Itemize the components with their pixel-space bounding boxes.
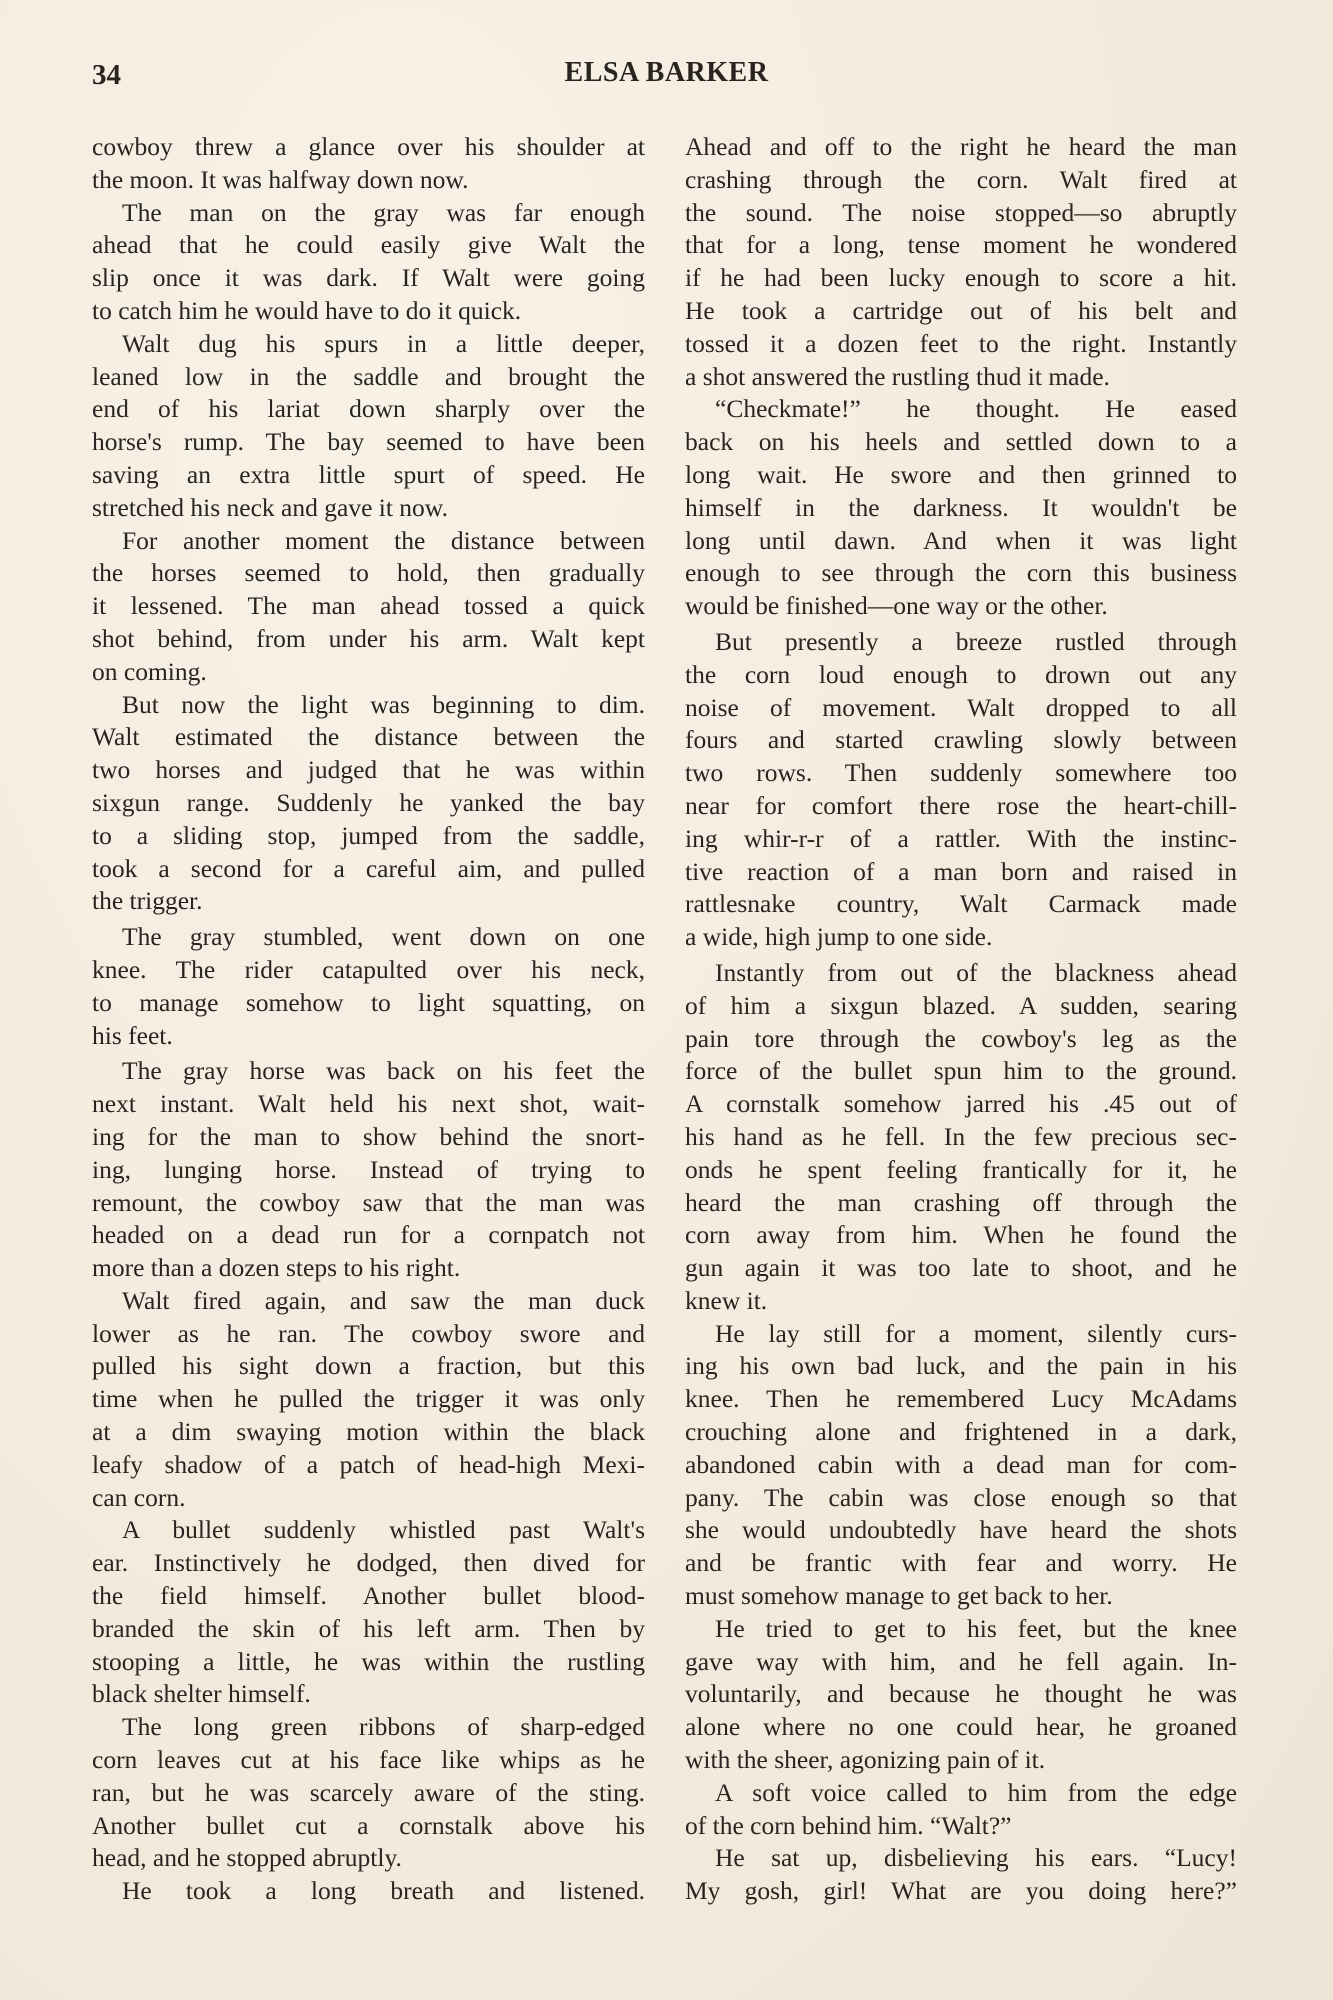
- text-line: black shelter himself.: [92, 1678, 645, 1711]
- text-line: cowboy threw a glance over his shoulder …: [92, 131, 645, 164]
- text-line: ing whir-r-r of a rattler. With the inst…: [685, 823, 1237, 856]
- text-line: the sound. The noise stopped—so abruptly: [685, 197, 1237, 230]
- text-line: long until dawn. And when it was light: [685, 525, 1237, 558]
- text-line: head, and he stopped abruptly.: [92, 1842, 645, 1875]
- text-line: two horses and judged that he was within: [92, 754, 645, 787]
- text-line: at a dim swaying motion within the black: [92, 1416, 645, 1449]
- text-line: saving an extra little spurt of speed. H…: [92, 459, 645, 492]
- text-line: rattlesnake country, Walt Carmack made: [685, 888, 1237, 921]
- text-line: tive reaction of a man born and raised i…: [685, 856, 1237, 889]
- text-line: the trigger.: [92, 885, 645, 918]
- text-line: himself in the darkness. It wouldn't be: [685, 492, 1237, 525]
- text-line: The long green ribbons of sharp-edged: [92, 1711, 645, 1744]
- text-line: and be frantic with fear and worry. He: [685, 1547, 1237, 1580]
- text-line: My gosh, girl! What are you doing here?”: [685, 1875, 1237, 1908]
- text-line: pulled his sight down a fraction, but th…: [92, 1350, 645, 1383]
- text-line: A soft voice called to him from the edge: [685, 1777, 1237, 1810]
- right-text-column: Ahead and off to the right he heard the …: [685, 131, 1237, 1908]
- text-line: alone where no one could hear, he groane…: [685, 1711, 1237, 1744]
- text-line: would be finished—one way or the other.: [685, 590, 1237, 623]
- text-line: ing his own bad luck, and the pain in hi…: [685, 1350, 1237, 1383]
- text-line: time when he pulled the trigger it was o…: [92, 1383, 645, 1416]
- text-line: But presently a breeze rustled through: [685, 626, 1237, 659]
- text-line: Instantly from out of the blackness ahea…: [685, 957, 1237, 990]
- text-line: to a sliding stop, jumped from the saddl…: [92, 820, 645, 853]
- text-line: For another moment the distance between: [92, 525, 645, 558]
- text-line: branded the skin of his left arm. Then b…: [92, 1613, 645, 1646]
- text-line: knew it.: [685, 1285, 1237, 1318]
- text-line: ahead that he could easily give Walt the: [92, 229, 645, 262]
- text-line: must somehow manage to get back to her.: [685, 1580, 1237, 1613]
- text-line: the corn loud enough to drown out any: [685, 659, 1237, 692]
- text-line: long wait. He swore and then grinned to: [685, 459, 1237, 492]
- text-line: tossed it a dozen feet to the right. Ins…: [685, 328, 1237, 361]
- text-line: onds he spent feeling frantically for it…: [685, 1154, 1237, 1187]
- text-line: next instant. Walt held his next shot, w…: [92, 1088, 645, 1121]
- text-line: Walt dug his spurs in a little deeper,: [92, 328, 645, 361]
- text-line: if he had been lucky enough to score a h…: [685, 262, 1237, 295]
- text-line: lower as he ran. The cowboy swore and: [92, 1318, 645, 1351]
- text-line: leaned low in the saddle and brought the: [92, 361, 645, 394]
- text-line: a wide, high jump to one side.: [685, 921, 1237, 954]
- text-line: end of his lariat down sharply over the: [92, 393, 645, 426]
- text-line: with the sheer, agonizing pain of it.: [685, 1744, 1237, 1777]
- text-line: the field himself. Another bullet blood-: [92, 1580, 645, 1613]
- text-line: corn leaves cut at his face like whips a…: [92, 1744, 645, 1777]
- text-line: headed on a dead run for a cornpatch not: [92, 1219, 645, 1252]
- text-line: force of the bullet spun him to the grou…: [685, 1055, 1237, 1088]
- text-line: that for a long, tense moment he wondere…: [685, 229, 1237, 262]
- text-line: corn away from him. When he found the: [685, 1219, 1237, 1252]
- text-line: gave way with him, and he fell again. In…: [685, 1646, 1237, 1679]
- text-line: A bullet suddenly whistled past Walt's: [92, 1514, 645, 1547]
- text-line: He lay still for a moment, silently curs…: [685, 1318, 1237, 1351]
- text-line: The man on the gray was far enough: [92, 197, 645, 230]
- text-line: heard the man crashing off through the: [685, 1187, 1237, 1220]
- text-line: ear. Instinctively he dodged, then dived…: [92, 1547, 645, 1580]
- text-line: two rows. Then suddenly somewhere too: [685, 757, 1237, 790]
- text-line: Ahead and off to the right he heard the …: [685, 131, 1237, 164]
- text-line: back on his heels and settled down to a: [685, 426, 1237, 459]
- text-line: The gray stumbled, went down on one: [92, 921, 645, 954]
- text-line: pain tore through the cowboy's leg as th…: [685, 1023, 1237, 1056]
- text-line: leafy shadow of a patch of head-high Mex…: [92, 1449, 645, 1482]
- text-line: “Checkmate!” he thought. He eased: [685, 393, 1237, 426]
- text-line: can corn.: [92, 1482, 645, 1515]
- text-line: Walt fired again, and saw the man duck: [92, 1285, 645, 1318]
- text-line: knee. Then he remembered Lucy McAdams: [685, 1383, 1237, 1416]
- text-line: near for comfort there rose the heart-ch…: [685, 790, 1237, 823]
- text-line: fours and started crawling slowly betwee…: [685, 724, 1237, 757]
- text-line: shot behind, from under his arm. Walt ke…: [92, 623, 645, 656]
- text-line: abandoned cabin with a dead man for com-: [685, 1449, 1237, 1482]
- page-header: 34 ELSA BARKER: [0, 55, 1333, 95]
- text-line: He took a cartridge out of his belt and: [685, 295, 1237, 328]
- running-head: ELSA BARKER: [0, 57, 1333, 89]
- left-text-column: cowboy threw a glance over his shoulder …: [92, 131, 645, 1908]
- text-line: A cornstalk somehow jarred his .45 out o…: [685, 1088, 1237, 1121]
- text-line: to catch him he would have to do it quic…: [92, 295, 645, 328]
- text-line: his feet.: [92, 1020, 645, 1053]
- text-line: the horses seemed to hold, then graduall…: [92, 557, 645, 590]
- text-line: remount, the cowboy saw that the man was: [92, 1187, 645, 1220]
- text-line: But now the light was beginning to dim.: [92, 689, 645, 722]
- text-line: ing for the man to show behind the snort…: [92, 1121, 645, 1154]
- text-line: He tried to get to his feet, but the kne…: [685, 1613, 1237, 1646]
- text-line: on coming.: [92, 656, 645, 689]
- text-line: Walt estimated the distance between the: [92, 721, 645, 754]
- text-line: it lessened. The man ahead tossed a quic…: [92, 590, 645, 623]
- text-line: crashing through the corn. Walt fired at: [685, 164, 1237, 197]
- text-line: the moon. It was halfway down now.: [92, 164, 645, 197]
- text-line: noise of movement. Walt dropped to all: [685, 692, 1237, 725]
- text-line: The gray horse was back on his feet the: [92, 1055, 645, 1088]
- text-line: slip once it was dark. If Walt were goin…: [92, 262, 645, 295]
- text-line: gun again it was too late to shoot, and …: [685, 1252, 1237, 1285]
- text-line: stooping a little, he was within the rus…: [92, 1646, 645, 1679]
- text-line: a shot answered the rustling thud it mad…: [685, 361, 1237, 394]
- text-line: took a second for a careful aim, and pul…: [92, 853, 645, 886]
- text-line: pany. The cabin was close enough so that: [685, 1482, 1237, 1515]
- text-line: sixgun range. Suddenly he yanked the bay: [92, 787, 645, 820]
- text-line: of him a sixgun blazed. A sudden, searin…: [685, 990, 1237, 1023]
- text-line: she would undoubtedly have heard the sho…: [685, 1514, 1237, 1547]
- text-line: voluntarily, and because he thought he w…: [685, 1678, 1237, 1711]
- text-line: horse's rump. The bay seemed to have bee…: [92, 426, 645, 459]
- text-line: crouching alone and frightened in a dark…: [685, 1416, 1237, 1449]
- text-line: more than a dozen steps to his right.: [92, 1252, 645, 1285]
- text-line: He took a long breath and listened.: [92, 1875, 645, 1908]
- text-line: knee. The rider catapulted over his neck…: [92, 954, 645, 987]
- text-line: of the corn behind him. “Walt?”: [685, 1810, 1237, 1843]
- text-line: enough to see through the corn this busi…: [685, 557, 1237, 590]
- text-line: ran, but he was scarcely aware of the st…: [92, 1777, 645, 1810]
- text-line: to manage somehow to light squatting, on: [92, 987, 645, 1020]
- text-line: his hand as he fell. In the few precious…: [685, 1121, 1237, 1154]
- text-line: stretched his neck and gave it now.: [92, 492, 645, 525]
- text-line: He sat up, disbelieving his ears. “Lucy!: [685, 1842, 1237, 1875]
- text-line: ing, lunging horse. Instead of trying to: [92, 1154, 645, 1187]
- text-line: Another bullet cut a cornstalk above his: [92, 1810, 645, 1843]
